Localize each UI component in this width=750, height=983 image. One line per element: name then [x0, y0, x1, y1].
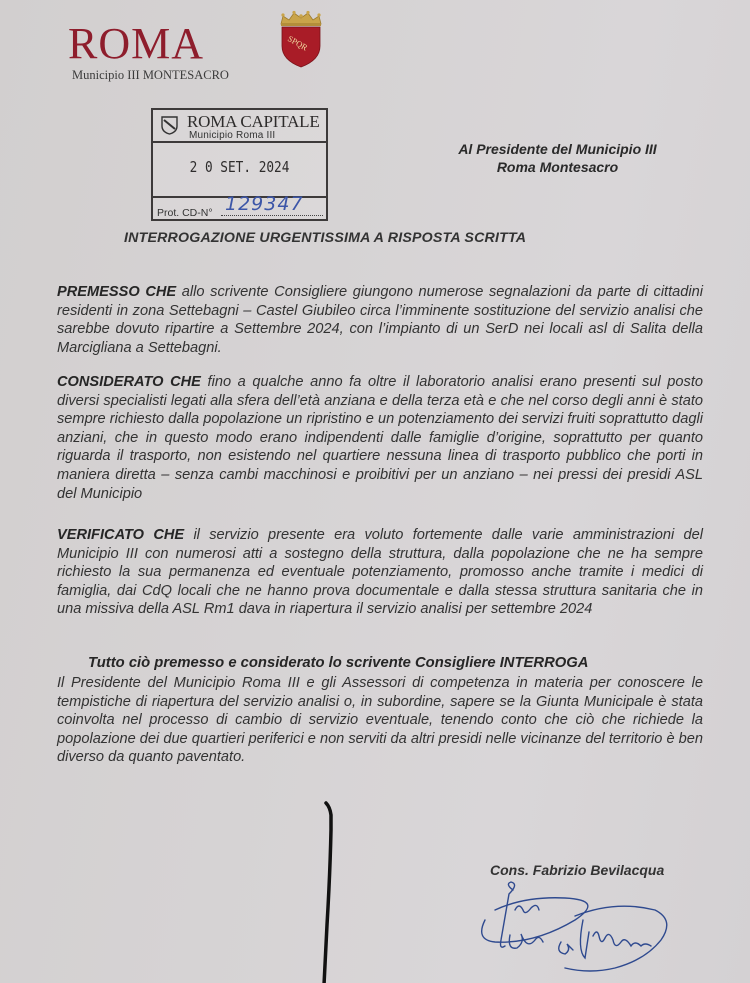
- roma-shield-icon: [161, 116, 178, 135]
- protocol-number: 129347: [225, 193, 304, 215]
- protocol-dotted-line: [221, 215, 323, 216]
- pen-mark-line: [300, 795, 350, 983]
- paragraph-lead: CONSIDERATO CHE: [57, 374, 201, 390]
- paragraph-premesso: PREMESSO CHE allo scrivente Consigliere …: [57, 283, 703, 357]
- paragraph-verificato: VERIFICATO CHE il servizio presente era …: [57, 526, 703, 619]
- addressee-block: Al Presidente del Municipio III Roma Mon…: [440, 140, 675, 176]
- paragraph-text: fino a qualche anno fa oltre il laborato…: [57, 374, 703, 502]
- interroga-heading: Tutto ciò premesso e considerato lo scri…: [88, 655, 588, 671]
- handwritten-signature: [465, 880, 695, 980]
- stamp-date: 2 0 SET. 2024: [166, 158, 313, 176]
- protocol-stamp: ROMA CAPITALE Municipio Roma III 2 0 SET…: [151, 108, 328, 221]
- paragraph-lead: VERIFICATO CHE: [57, 527, 184, 543]
- paragraph-considerato: CONSIDERATO CHE fino a qualche anno fa o…: [57, 373, 703, 503]
- municipio-subtitle: Municipio III MONTESACRO: [72, 68, 229, 83]
- paragraph-interroga: Il Presidente del Municipio Roma III e g…: [57, 674, 703, 767]
- stamp-subtitle: Municipio Roma III: [189, 130, 275, 141]
- spqr-emblem-icon: SPQR: [275, 10, 327, 68]
- stamp-title: ROMA CAPITALE: [187, 112, 320, 132]
- addressee-line-2: Roma Montesacro: [440, 158, 675, 176]
- roma-logo: ROMA: [68, 22, 204, 66]
- addressee-line-1: Al Presidente del Municipio III: [440, 140, 675, 158]
- signer-name: Cons. Fabrizio Bevilacqua: [490, 862, 664, 878]
- document-page: ROMA Municipio III MONTESACRO SPQR ROMA …: [0, 0, 750, 983]
- protocol-label: Prot. CD-N°: [157, 207, 213, 219]
- document-title: INTERROGAZIONE URGENTISSIMA A RISPOSTA S…: [124, 230, 526, 246]
- paragraph-lead: PREMESSO CHE: [57, 284, 176, 300]
